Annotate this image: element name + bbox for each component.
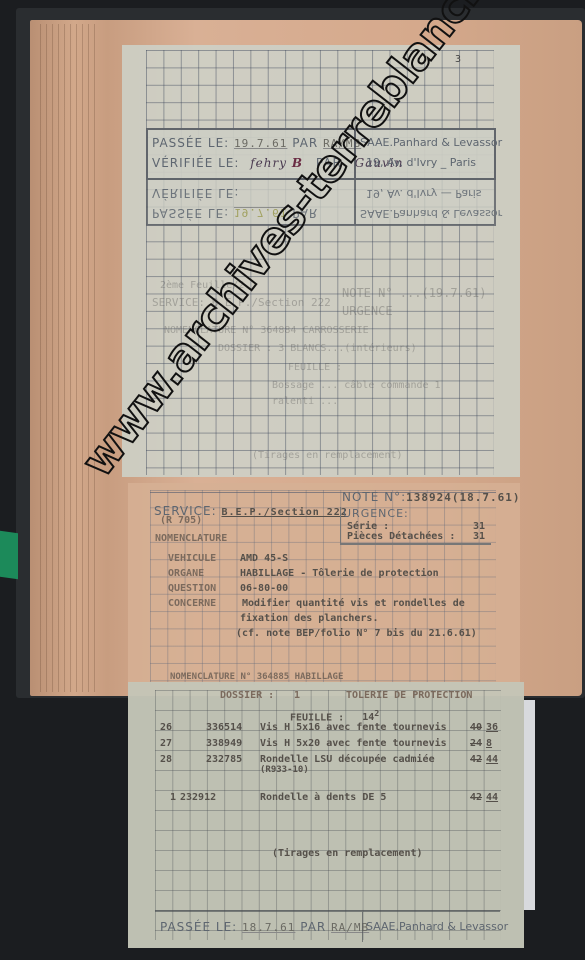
field-label: ORGANE [168,568,204,579]
note-number: NOTE N°:138924(18.7.61) [342,490,521,504]
page-edges [40,24,100,692]
field-value: HABILLAGE - Tôlerie de protection [240,568,439,579]
page-mark: 3 [455,54,461,65]
field-value: 06-80-00 [240,583,288,594]
concerne-continuation: fixation des planchers. [240,613,378,624]
grid-top [146,50,494,475]
dossier-label: DOSSIER : [220,690,274,701]
ghost-line: NOTE N° ...(19.7.61) [342,286,487,300]
bottom-company: SAAE.Panhard & Levassor [366,920,508,933]
spine-label [0,531,18,580]
ghost-line: ralenti ... [272,396,338,407]
field-label: QUESTION [168,583,216,594]
dossier-value: 1 [294,690,300,701]
field-label: VEHICULE [168,553,216,564]
urgence-box: URGENCE: Série : 31 Pièces Détachées : 3… [340,507,491,545]
nomenclature-line: NOMENCLATURE N° 364885 HABILLAGE [170,672,343,682]
ghost-line: FEUILLE : [288,362,342,373]
tirages-note: (Tirages en remplacement) [272,848,423,859]
company-address: 19, Av. d'Ivry _ Paris [366,156,476,169]
ghost-line: DOSSIER : 3 BLANCS...(intérieurs) [218,343,417,354]
reference-note: (cf. note BEP/folio N° 7 bis du 21.6.61) [236,628,477,639]
bottom-stamp: PASSÉE LE: 18.7.61 PAR RA/MB [160,920,369,934]
field-value: Modifier quantité vis et rondelles de [242,598,465,609]
field-label: CONCERNE [168,598,216,609]
dossier-title: TOLERIE DE PROTECTION [346,690,472,701]
white-strip [524,700,535,910]
field-value: AMD 45-S [240,553,288,564]
ghost-line: (Tirages en remplacement) [252,450,403,461]
ghost-line: URGENCE [342,304,393,318]
ghost-line: Bossage ... câble commande 1 [272,380,441,391]
service-code: (R 705) [160,515,202,526]
nomenclature-label: NOMENCLATURE [155,533,227,544]
